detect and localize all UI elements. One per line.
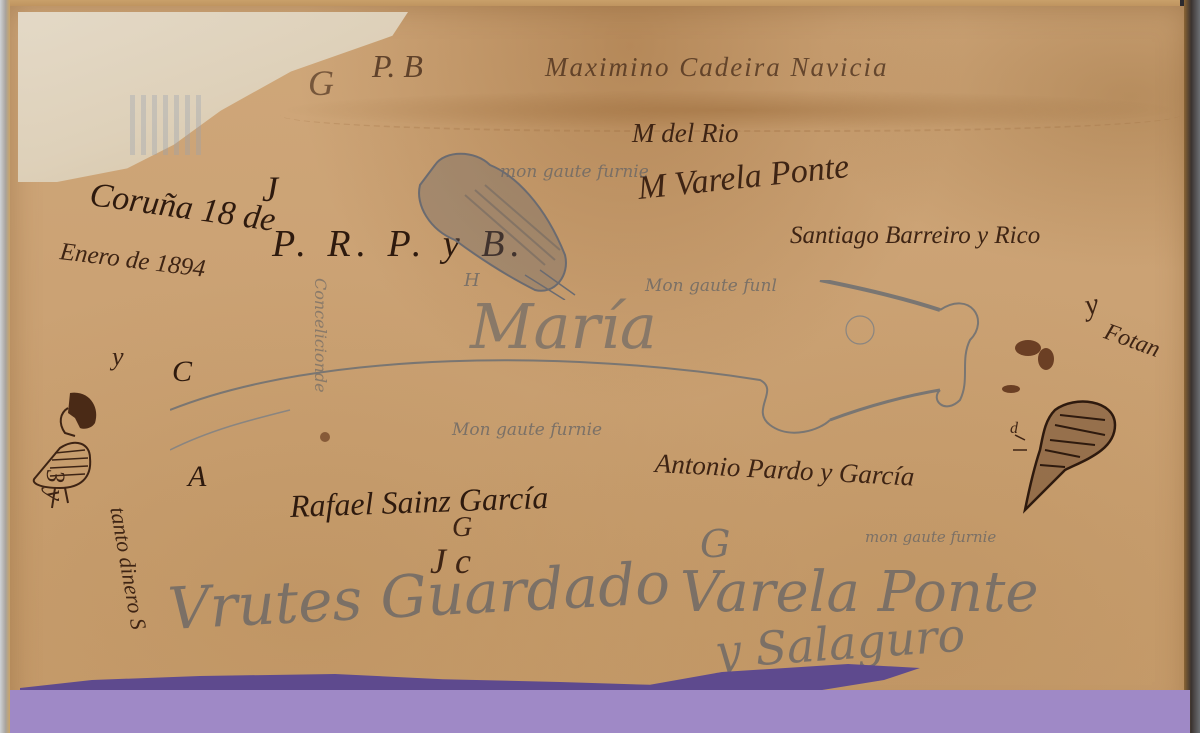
flourish-top: G bbox=[308, 62, 334, 104]
initials-top: P. B bbox=[372, 48, 423, 85]
a-left: A bbox=[188, 460, 206, 494]
santiago-barreiro: Santiago Barreiro y Rico bbox=[790, 222, 1040, 250]
ink-blot bbox=[1015, 340, 1041, 356]
bird-caption: d bbox=[1010, 420, 1018, 438]
ink-boy-portrait bbox=[20, 388, 105, 513]
ink-blot bbox=[1038, 348, 1054, 370]
single-initial: J bbox=[262, 168, 278, 210]
name-top: Maximino Cadeira Navicia bbox=[545, 52, 888, 83]
ink-blot bbox=[1002, 385, 1020, 393]
pencil-mon-gaute-4: mon gaute furnie bbox=[865, 528, 996, 546]
y-left: y bbox=[112, 342, 124, 372]
del-rio: M del Rio bbox=[632, 118, 738, 149]
show-through-print bbox=[130, 95, 205, 155]
purple-endpaper-strip bbox=[10, 690, 1190, 733]
ink-bird-sketch bbox=[1005, 395, 1120, 515]
pencil-bird-sketch bbox=[405, 145, 585, 300]
book-binding-right bbox=[1184, 0, 1200, 733]
pencil-scroll-ribbon bbox=[170, 280, 1000, 460]
